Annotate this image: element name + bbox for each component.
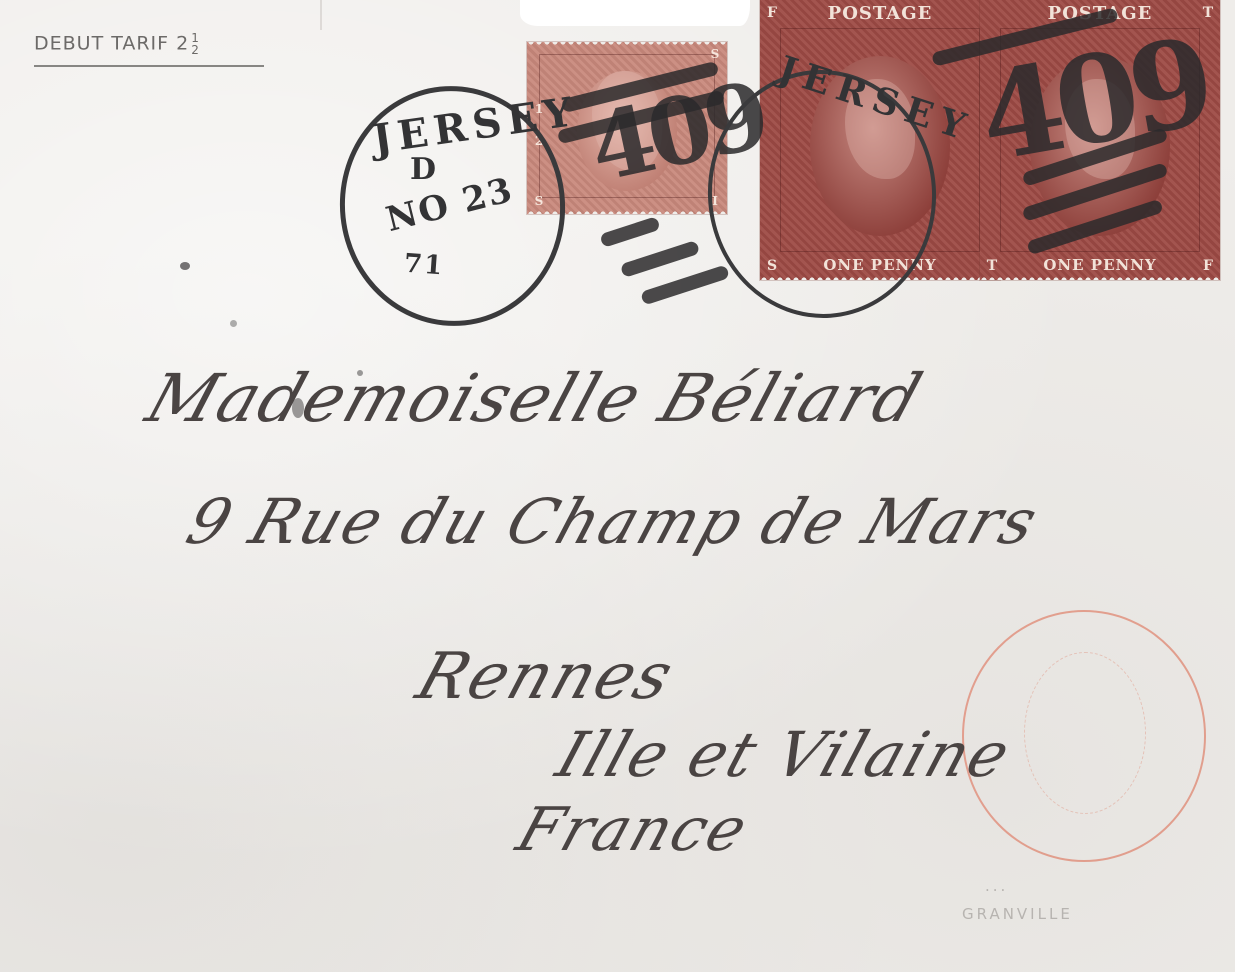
cancel-bar — [599, 216, 660, 248]
torn-edge — [520, 0, 750, 26]
stamp-top-label: POSTAGE — [760, 3, 1000, 24]
ink-speck — [230, 320, 237, 327]
pencil-annotation: DEBUT TARIF 212 — [34, 32, 200, 56]
postmark-code: D — [410, 152, 436, 187]
pencil-fraction: 12 — [191, 32, 200, 56]
corner-letter: S — [707, 47, 723, 61]
cancel-bar — [620, 240, 700, 278]
stamp-bottom-label: ONE PENNY — [980, 256, 1220, 274]
faint-handstamp-line1: ... — [985, 877, 1008, 895]
cancel-bar — [640, 264, 730, 305]
address-line-department: Ille et Vilaine — [548, 718, 1020, 791]
address-line-city: Rennes — [408, 640, 683, 714]
corner-letter: T — [1200, 5, 1216, 21]
faint-handstamp-line2: GRANVILLE — [962, 905, 1073, 923]
ink-speck — [180, 262, 190, 270]
corner-letter: T — [984, 258, 1000, 274]
corner-letter: F — [1200, 258, 1216, 274]
address-line-country: France — [509, 795, 758, 865]
pencil-annotation-text: DEBUT TARIF 2 — [34, 33, 189, 55]
postmark-year: 71 — [403, 249, 445, 282]
postal-cover: DEBUT TARIF 212 S 1 2 S I POSTAGE ONE PE… — [0, 0, 1235, 972]
envelope-flap-crease — [320, 0, 322, 30]
pencil-underline — [34, 65, 264, 67]
address-line-street: 9 Rue du Champ de Mars — [178, 485, 1048, 558]
corner-letter: F — [764, 5, 780, 21]
address-line-addressee: Mademoiselle Béliard — [137, 360, 932, 437]
